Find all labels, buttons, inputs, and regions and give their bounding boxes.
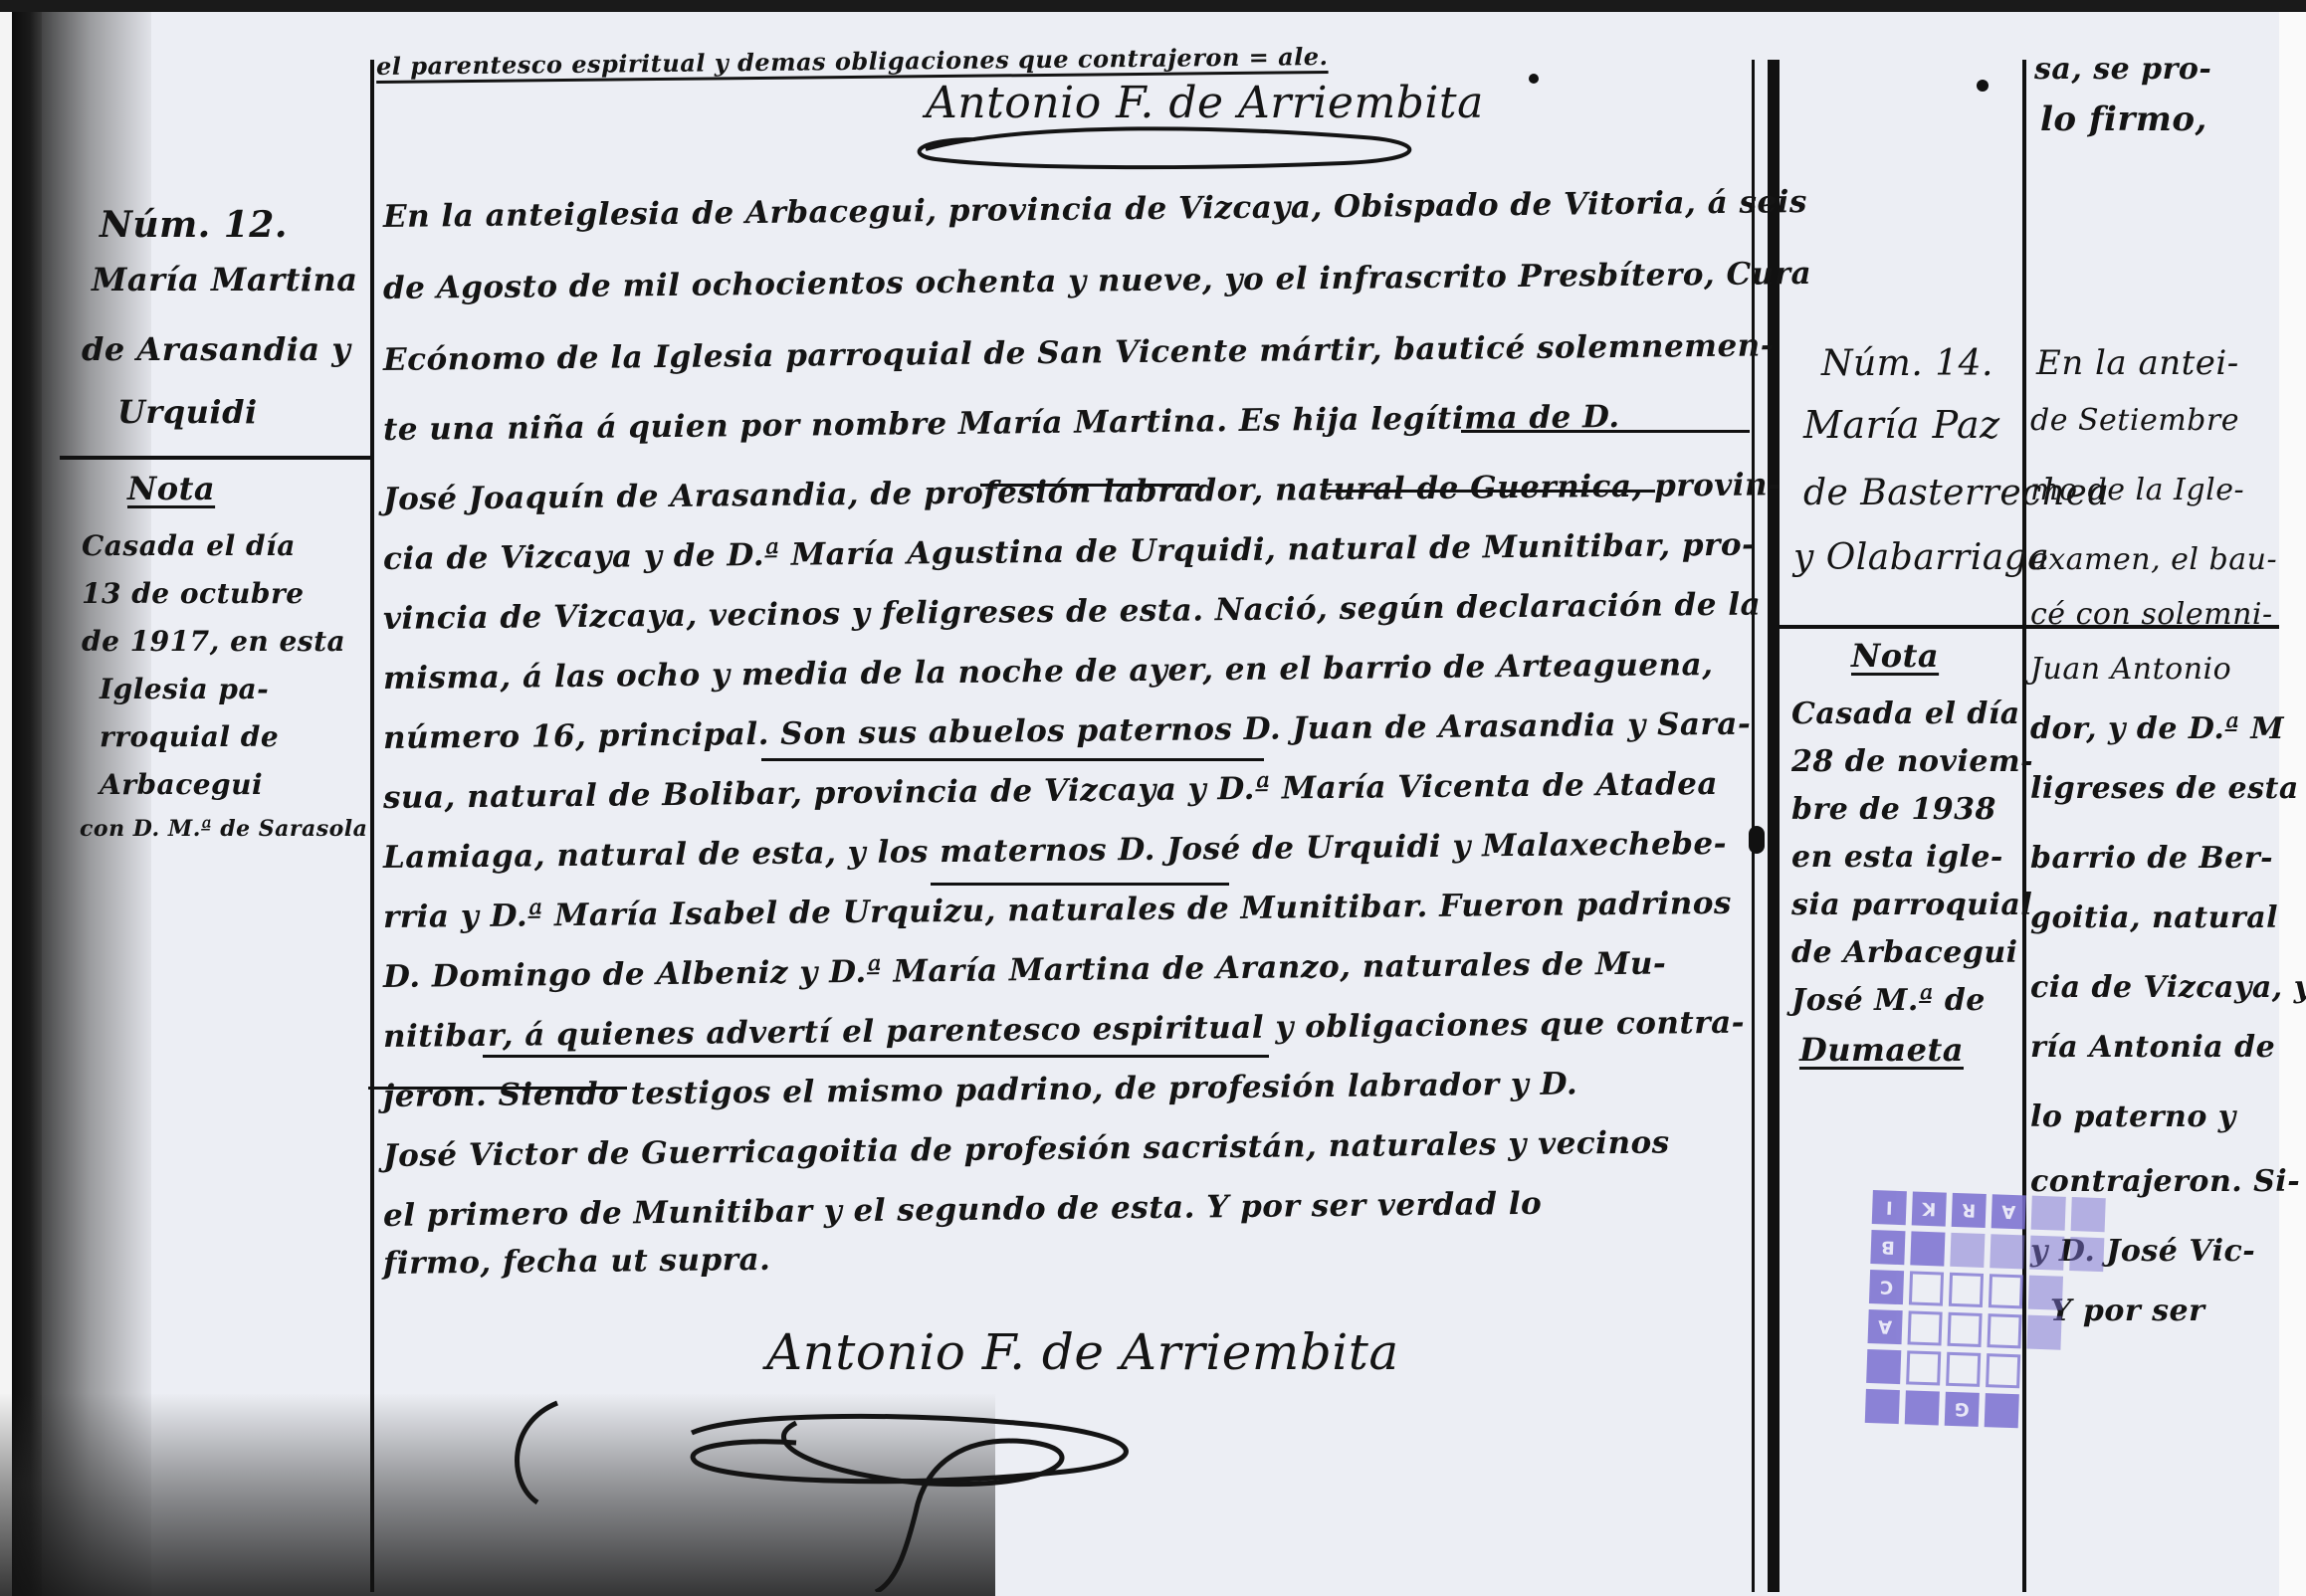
margin-note-line: de 1917, en esta (82, 625, 345, 658)
underline-adverti-parentesco (483, 1055, 1269, 1058)
stamp-cell-empty (1989, 1274, 2023, 1308)
margin-note-line: Arbacegui (100, 768, 263, 801)
stamp-cell (2026, 1315, 2061, 1350)
col3-line: contrajeron. Si- (2030, 1164, 2300, 1199)
stamp-gap (2066, 1316, 2101, 1351)
stamp-cell: I (1872, 1190, 1907, 1225)
stamp-cell (1865, 1389, 1900, 1424)
second-note-line: bre de 1938 (1791, 792, 1996, 827)
ink-dot (1749, 826, 1765, 854)
stamp-cell-empty (1906, 1350, 1941, 1385)
stamp-gap (2025, 1355, 2060, 1390)
col3-line: goitia, natural (2030, 900, 2278, 935)
second-note-line: de Arbacegui (1791, 935, 2018, 970)
col3-line: ría Antonia de (2030, 1030, 2275, 1065)
underline-abuelos-paternos (761, 758, 1264, 761)
col3-line: ligreses de esta (2030, 771, 2299, 806)
second-note-line: 28 de noviem- (1791, 744, 2033, 779)
col3-line: lo paterno y (2030, 1099, 2236, 1134)
stamp-cell (1990, 1234, 2024, 1269)
stamp-cell: A (1868, 1309, 1903, 1344)
margin-note-line: Casada el día (82, 529, 296, 562)
stamp-cell-empty (1949, 1273, 1984, 1307)
stamp-cell: R (1952, 1193, 1987, 1228)
stamp-cell (1950, 1233, 1985, 1268)
underline-hija-legitima (1327, 490, 1655, 493)
second-note-line: José M.ª de (1791, 983, 1986, 1018)
stamp-cell: K (1912, 1191, 1947, 1226)
stamp-cell-empty (1947, 1312, 1982, 1347)
ink-dot (1529, 74, 1539, 84)
stamp-cell: C (1869, 1270, 1904, 1304)
stamp-gap (2068, 1277, 2103, 1311)
stamp-cell: B (1870, 1230, 1905, 1265)
second-note-line: sia parroquial (1791, 888, 2032, 922)
ink-dot (1977, 80, 1989, 92)
main-entry-line: firmo, fecha ut supra. (383, 1242, 771, 1282)
col3-line: En la antei- (2036, 343, 2239, 383)
child-name-line-1: María Martina (92, 261, 358, 299)
stamp-cell-empty (1909, 1271, 1944, 1305)
priest-signature-flourish (498, 1393, 1174, 1592)
margin-rule-under-name (60, 456, 372, 460)
second-note-title: Nota (1851, 637, 1939, 675)
underline-maternos (931, 883, 1229, 886)
page-binding-shadow (12, 12, 42, 1596)
stamp-cell (2069, 1237, 2104, 1272)
second-child-name-line-3: y Olabarriaga (1793, 537, 2049, 578)
col3-line: cia de Vizcaya, y (2030, 970, 2306, 1005)
col3-line: examen, el bau- (2030, 542, 2277, 577)
second-note-line: en esta igle- (1791, 840, 2003, 875)
col3-line: barrio de Ber- (2030, 841, 2273, 876)
underline-bautice (1461, 430, 1750, 433)
margin-note-line: 13 de octubre (82, 577, 305, 610)
col3-line: Juan Antonio (2030, 652, 2231, 687)
col3-line: mo de la Igle- (2030, 473, 2244, 507)
margin-note-line: con D. M.ª de Sarasola (80, 816, 367, 842)
stamp-cell (2029, 1236, 2064, 1271)
col3-top-line: lo firmo, (2040, 100, 2207, 139)
stamp-cell (1866, 1349, 1901, 1384)
stamp-cell-empty (1987, 1313, 2021, 1348)
margin-note-line: rroquial de (100, 720, 279, 753)
child-name-line-2: de Arasandia y (82, 330, 350, 368)
margin-note-title: Nota (127, 470, 215, 507)
top-signature-flourish (896, 119, 1453, 179)
col3-line: cé con solemni- (2030, 597, 2273, 632)
priest-signature: Antonio F. de Arriembita (766, 1323, 1399, 1381)
margin-note-line: Iglesia pa- (100, 673, 269, 705)
col3-top-line: sa, se pro- (2034, 52, 2211, 87)
stamp-cell-empty (1986, 1353, 2020, 1388)
underline-maria-martina (980, 484, 1199, 487)
second-note-signature: Dumaeta (1799, 1031, 1964, 1069)
child-name-line-3: Urquidi (117, 393, 258, 431)
stamp-cell (1910, 1231, 1945, 1266)
stamp-cell-empty (1908, 1310, 1943, 1345)
stamp-cell (2071, 1197, 2106, 1232)
stamp-cell (1985, 1393, 2019, 1428)
margin-rule-left (370, 60, 374, 1592)
second-child-name-line-1: María Paz (1803, 403, 2000, 447)
margin-toner-smudge (42, 12, 151, 1596)
stamp-cell-empty (1946, 1352, 1981, 1387)
stamp-cell (2031, 1196, 2066, 1231)
scan-left-edge (0, 12, 12, 1596)
stamp-cell (1905, 1390, 1940, 1425)
stamp-cell (2028, 1276, 2063, 1310)
archive-stamp-grid: I K R A B C A G (1865, 1190, 2102, 1417)
scan-top-edge (0, 0, 2306, 12)
col3-line: de Setiembre (2030, 403, 2239, 438)
stamp-cell: A (1992, 1194, 2026, 1229)
stamp-cell: G (1945, 1392, 1980, 1427)
col3-line: dor, y de D.ª M (2030, 711, 2284, 746)
second-note-line: Casada el día (1791, 697, 2020, 731)
entry-number: Núm. 12. (100, 204, 288, 246)
second-entry-number: Núm. 14. (1821, 343, 1993, 384)
underline-siendo-testigos (368, 1087, 627, 1090)
stamp-gap (2065, 1356, 2100, 1391)
